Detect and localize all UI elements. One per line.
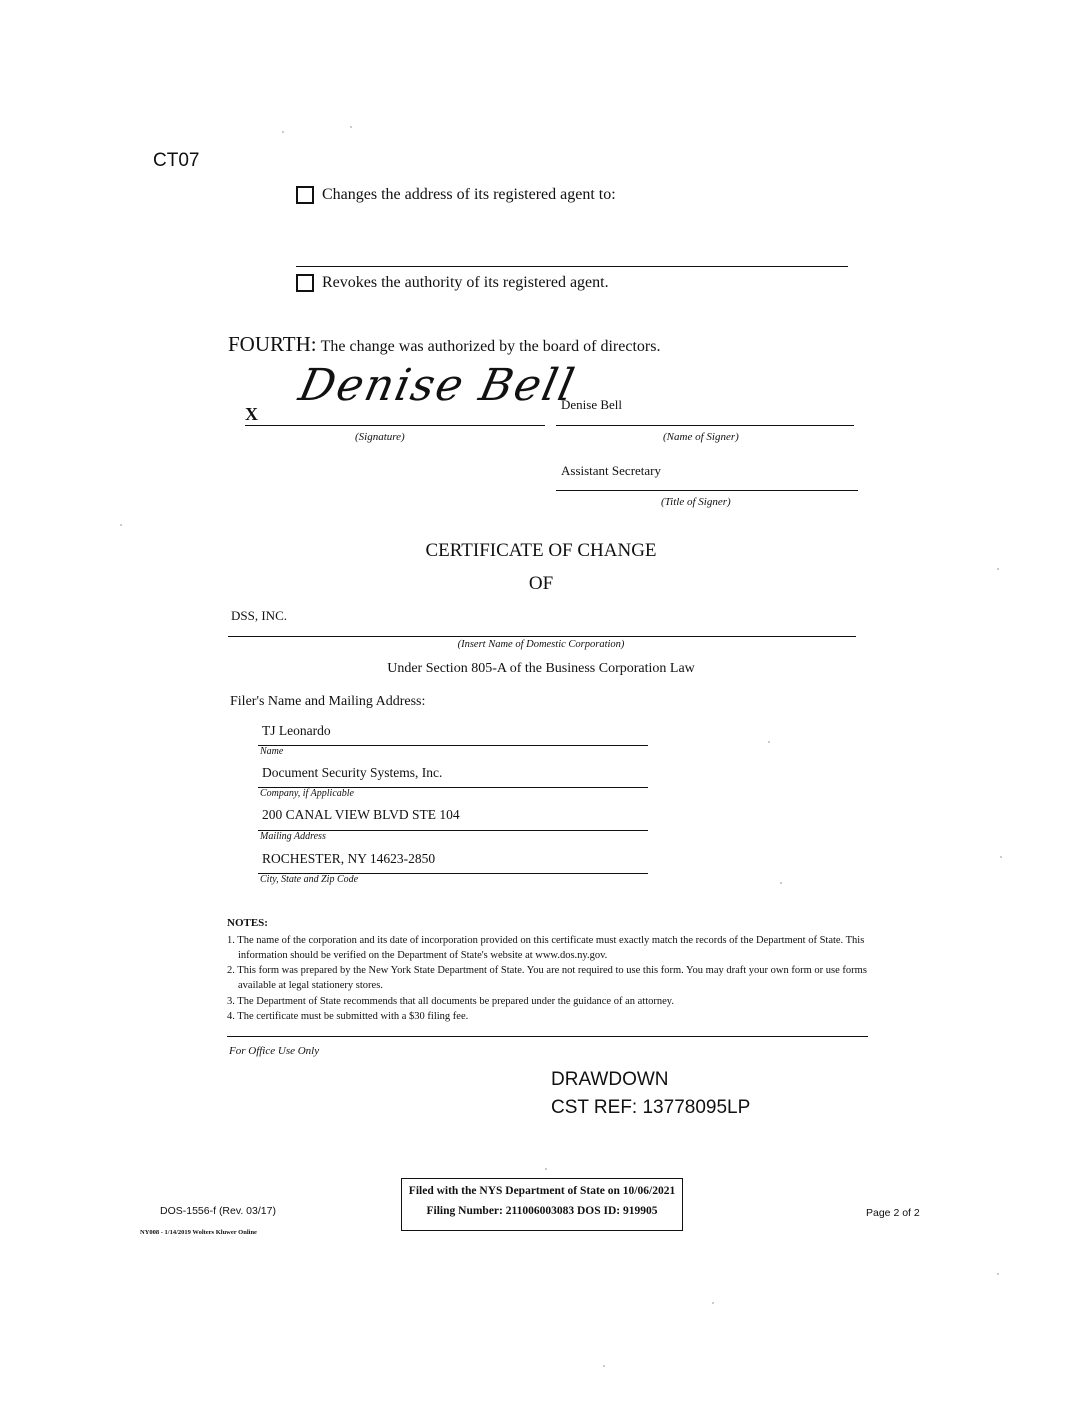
- signature-caption: (Signature): [355, 431, 405, 443]
- fourth-clause: FOURTH: The change was authorized by the…: [228, 332, 660, 357]
- scan-artifact: [712, 1302, 714, 1304]
- signature-x-mark: X: [245, 404, 258, 425]
- filer-name-caption: Name: [260, 746, 283, 757]
- fourth-heading: FOURTH:: [228, 332, 317, 356]
- filer-city-value: ROCHESTER, NY 14623-2850: [262, 851, 435, 867]
- option-change-address[interactable]: Changes the address of its registered ag…: [296, 186, 616, 204]
- filing-number-line: Filing Number: 211006003083 DOS ID: 9199…: [402, 1200, 682, 1222]
- page-indicator: Page 2 of 2: [866, 1207, 920, 1219]
- signature-line: [245, 425, 545, 426]
- fourth-text: The change was authorized by the board o…: [321, 338, 661, 355]
- signer-title-caption: (Title of Signer): [661, 496, 731, 508]
- filed-with-line: Filed with the NYS Department of State o…: [402, 1182, 682, 1200]
- scan-artifact: [603, 1365, 605, 1367]
- scan-artifact: [545, 1168, 547, 1170]
- cst-reference: CST REF: 13778095LP: [551, 1097, 750, 1119]
- filer-address-caption: Mailing Address: [260, 831, 326, 842]
- scan-artifact: [1000, 856, 1002, 858]
- filer-heading: Filer's Name and Mailing Address:: [230, 694, 425, 710]
- checkbox-revoke-authority[interactable]: [296, 274, 314, 292]
- scan-artifact: [120, 524, 122, 526]
- option-revoke-authority[interactable]: Revokes the authority of its registered …: [296, 274, 609, 292]
- office-use-divider: [227, 1036, 868, 1037]
- signature-image: Denise Bell: [295, 360, 581, 411]
- corporation-name-line: [228, 636, 856, 637]
- law-line: Under Section 805-A of the Business Corp…: [0, 661, 1082, 677]
- signer-name-caption: (Name of Signer): [663, 431, 739, 443]
- note-1: 1. The name of the corporation and its d…: [227, 933, 870, 963]
- vendor-line: NY008 - 1/14/2019 Wolters Kluwer Online: [140, 1229, 257, 1236]
- certificate-title: CERTIFICATE OF CHANGE: [0, 540, 1082, 562]
- signer-name: Denise Bell: [561, 397, 622, 413]
- signer-title-line: [556, 490, 858, 491]
- filer-city-caption: City, State and Zip Code: [260, 874, 358, 885]
- signer-title: Assistant Secretary: [561, 463, 661, 479]
- filer-company-value: Document Security Systems, Inc.: [262, 765, 442, 781]
- filer-address-value: 200 CANAL VIEW BLVD STE 104: [262, 807, 460, 823]
- note-3: 3. The Department of State recommends th…: [227, 994, 870, 1009]
- form-code: CT07: [153, 150, 199, 172]
- note-4: 4. The certificate must be submitted wit…: [227, 1009, 870, 1024]
- filer-name-line: [258, 745, 648, 746]
- filing-stamp: Filed with the NYS Department of State o…: [401, 1178, 683, 1231]
- scan-artifact: [768, 741, 770, 743]
- filer-company-caption: Company, if Applicable: [260, 788, 354, 799]
- corporation-caption: (Insert Name of Domestic Corporation): [0, 639, 1082, 650]
- checkbox-change-address[interactable]: [296, 186, 314, 204]
- corporation-name: DSS, INC.: [231, 608, 287, 624]
- scan-artifact: [780, 882, 782, 884]
- office-use-label: For Office Use Only: [229, 1045, 319, 1057]
- scan-artifact: [282, 131, 284, 133]
- option-revoke-authority-label: Revokes the authority of its registered …: [322, 274, 609, 292]
- notes-heading: NOTES:: [227, 917, 268, 929]
- option-change-address-label: Changes the address of its registered ag…: [322, 186, 616, 204]
- filer-name-value: TJ Leonardo: [262, 723, 331, 739]
- drawdown-label: DRAWDOWN: [551, 1069, 669, 1091]
- form-number: DOS-1556-f (Rev. 03/17): [160, 1205, 276, 1217]
- note-2: 2. This form was prepared by the New Yor…: [227, 963, 870, 993]
- scan-artifact: [350, 126, 352, 128]
- registered-agent-address-line: [296, 266, 848, 267]
- certificate-of: OF: [0, 573, 1082, 595]
- scan-artifact: [997, 568, 999, 570]
- scan-artifact: [997, 1273, 999, 1275]
- signer-name-line: [556, 425, 854, 426]
